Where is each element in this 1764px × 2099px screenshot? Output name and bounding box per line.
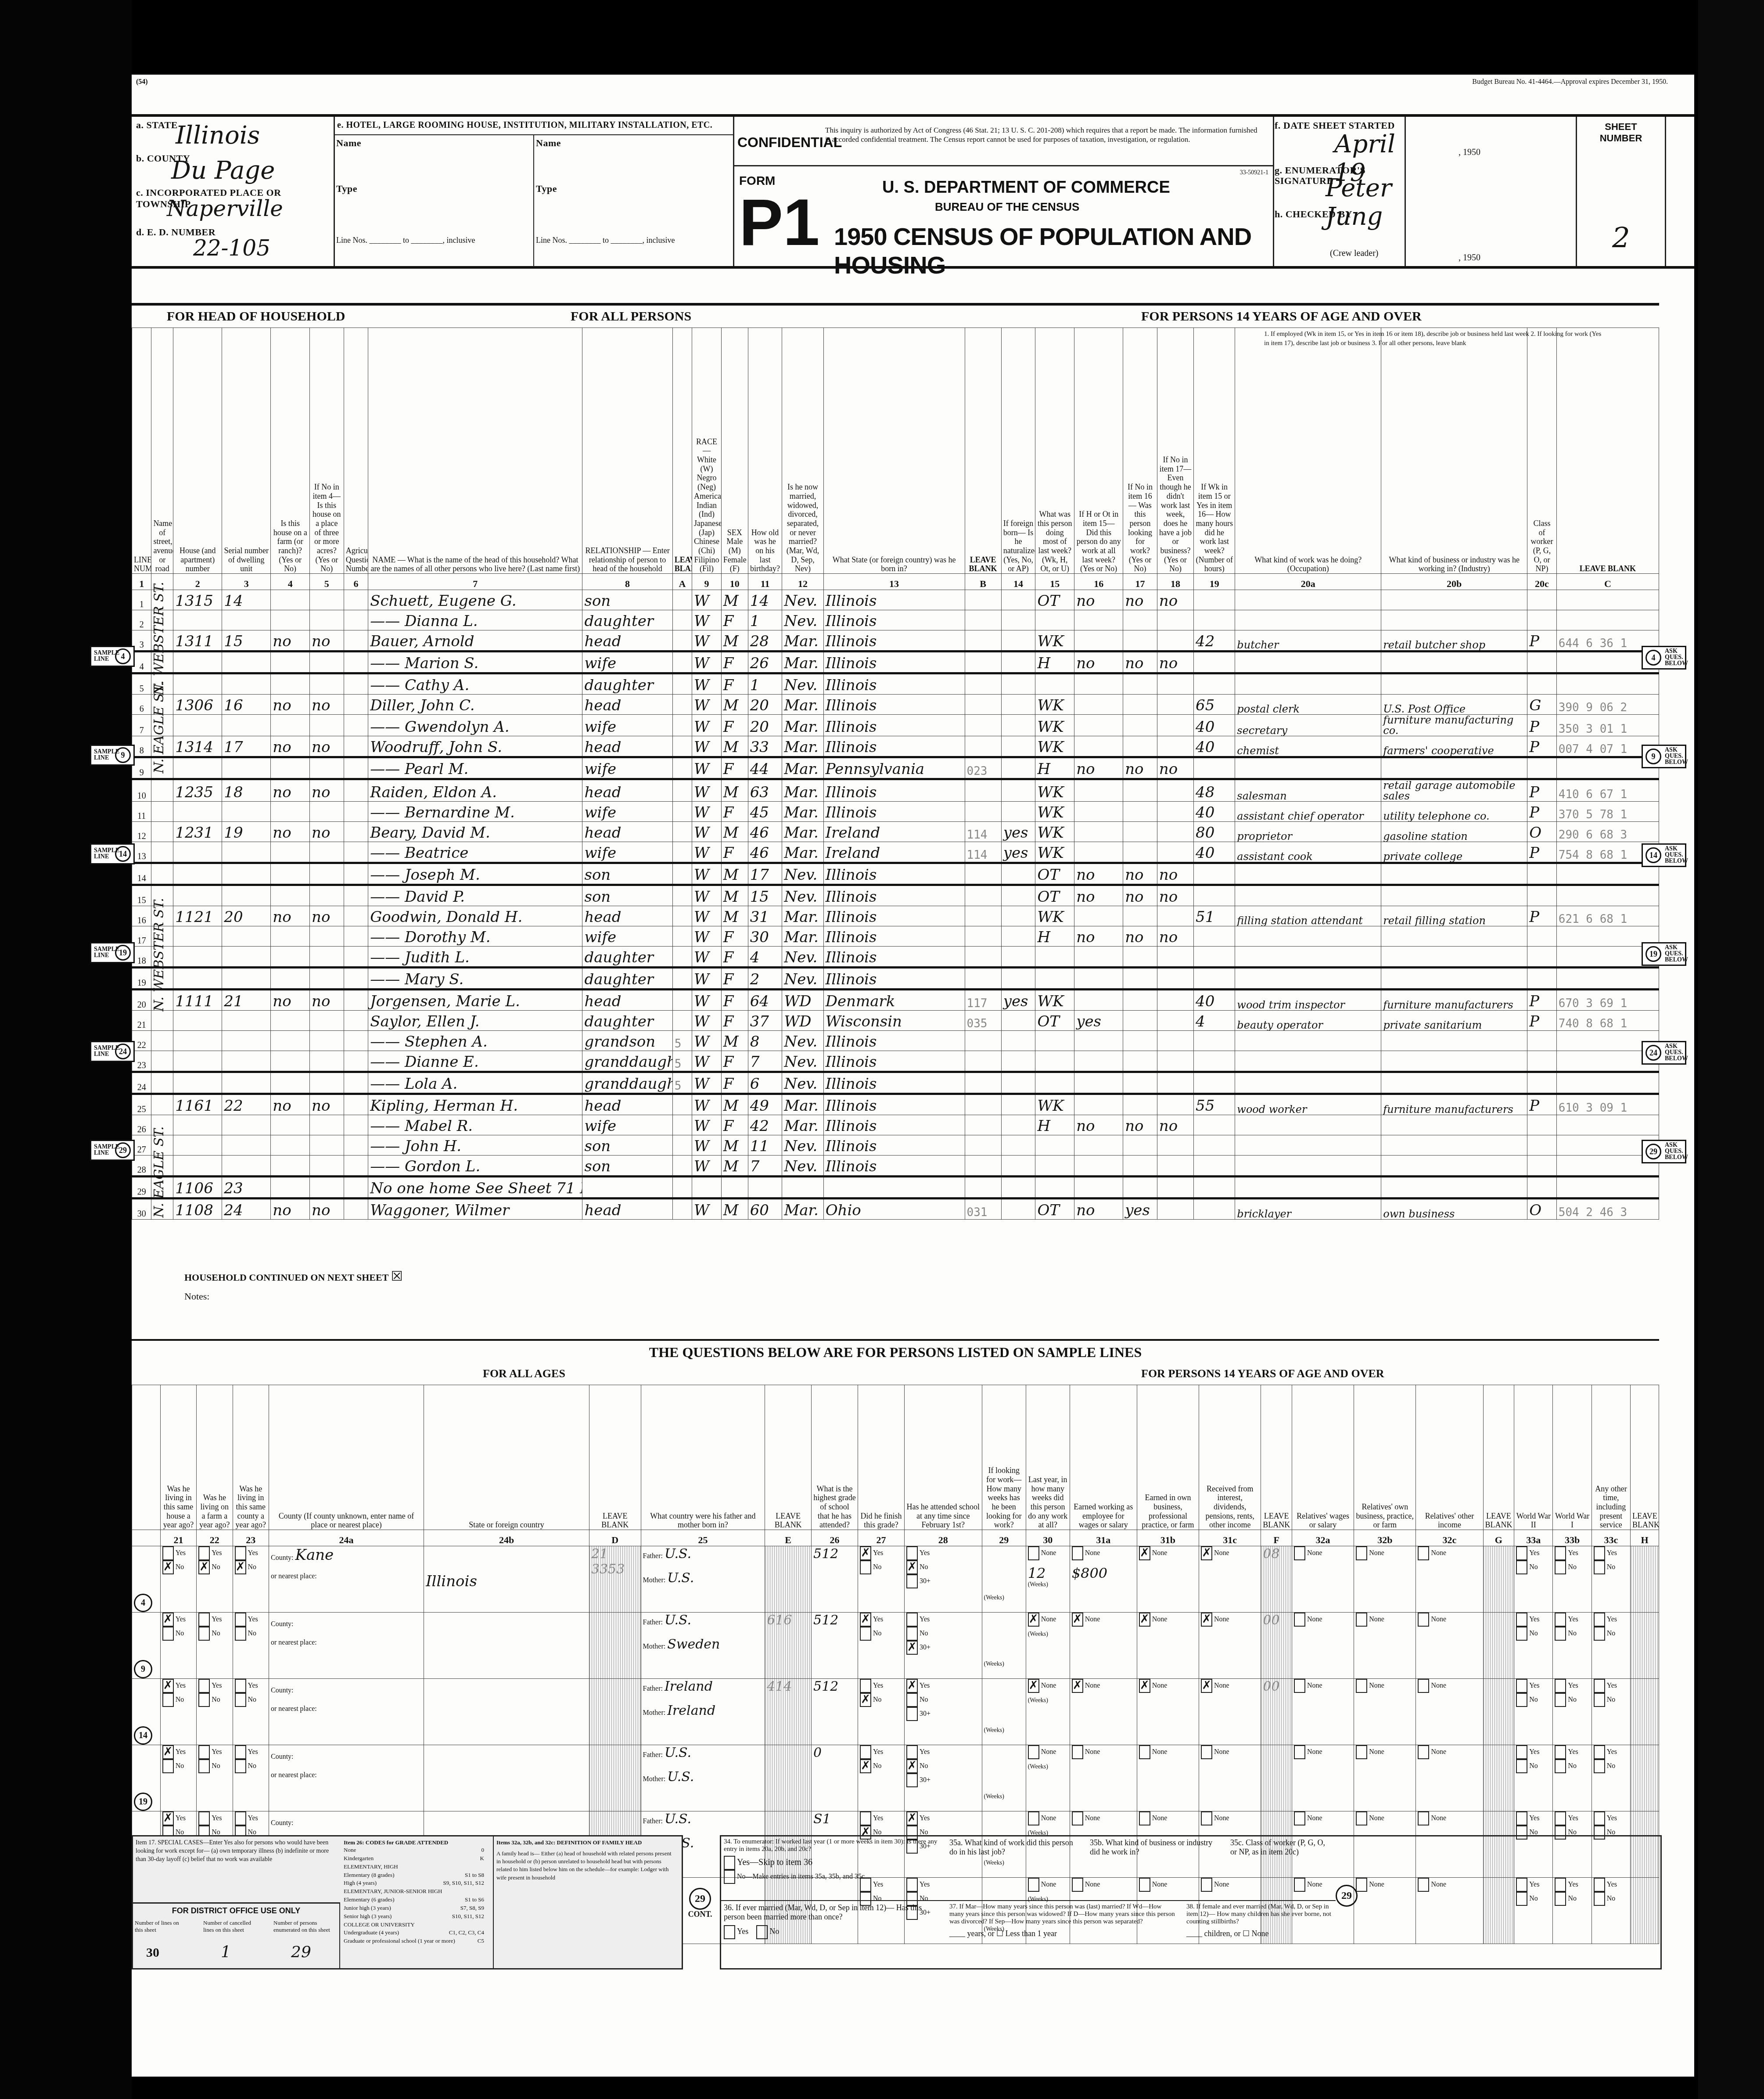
attend-30-checkbox[interactable] bbox=[906, 1574, 918, 1588]
ask-questions-badge: 9ASK QUES. BELOW bbox=[1642, 745, 1686, 768]
confidential-text: This inquiry is authorized by Act of Con… bbox=[825, 126, 1264, 144]
no-checkbox[interactable] bbox=[1594, 1560, 1605, 1574]
cell-look bbox=[1123, 822, 1157, 842]
cell-look bbox=[1123, 1177, 1157, 1199]
none-checkbox[interactable] bbox=[1201, 1811, 1212, 1825]
sample-column-header: Last year, in how many weeks did this pe… bbox=[1026, 1385, 1070, 1530]
cell-serial bbox=[222, 1135, 271, 1156]
no-checkbox[interactable] bbox=[198, 1759, 210, 1773]
cell-agri bbox=[344, 1011, 368, 1031]
attend-yes-checkbox[interactable] bbox=[906, 1613, 918, 1627]
yes-checkbox[interactable] bbox=[1516, 1546, 1527, 1560]
none-checkbox[interactable] bbox=[1356, 1811, 1367, 1825]
cell-job: no bbox=[1157, 1115, 1193, 1135]
yes-checkbox[interactable] bbox=[860, 1811, 871, 1825]
sample-cell-c32a: None bbox=[1292, 1613, 1354, 1679]
q37-input[interactable]: ____ years, or ☐ Less than 1 year bbox=[949, 1929, 1178, 1938]
attend-yes-checkbox[interactable] bbox=[906, 1745, 918, 1759]
household-continued-checkbox[interactable]: ☒ bbox=[391, 1269, 402, 1284]
cell-line: 11 bbox=[132, 802, 151, 822]
grade-code-row: High (4 years)S9, S10, S11, S12 bbox=[344, 1879, 484, 1887]
none-checkbox[interactable] bbox=[1294, 1546, 1305, 1560]
cell-look bbox=[1123, 906, 1157, 926]
cell-rel: daughter bbox=[582, 947, 672, 968]
none-checkbox[interactable] bbox=[1139, 1811, 1150, 1825]
no-checkbox[interactable] bbox=[1516, 1693, 1527, 1707]
none-checkbox[interactable]: ✗ bbox=[1201, 1679, 1212, 1693]
q36-text: 36. If ever married (Mar, Wd, D, or Sep … bbox=[724, 1903, 943, 1922]
cell-hours: 48 bbox=[1194, 779, 1235, 802]
yes-checkbox[interactable] bbox=[1516, 1745, 1527, 1759]
sample-line-header bbox=[132, 1385, 161, 1530]
none-checkbox[interactable] bbox=[1201, 1745, 1212, 1759]
no-checkbox[interactable] bbox=[198, 1693, 210, 1707]
column-number: 33b bbox=[1553, 1530, 1592, 1546]
grade-code-row: ELEMENTARY, HIGH bbox=[344, 1863, 484, 1871]
cell-A bbox=[672, 590, 692, 610]
yes-checkbox[interactable] bbox=[1516, 1679, 1527, 1693]
cell-A bbox=[672, 610, 692, 630]
no-checkbox[interactable] bbox=[235, 1693, 246, 1707]
cell-occ bbox=[1235, 947, 1381, 968]
cell-house bbox=[173, 885, 222, 906]
none-checkbox[interactable]: ✗ bbox=[1072, 1613, 1083, 1627]
yes-checkbox[interactable]: ✗ bbox=[860, 1546, 871, 1560]
no-checkbox[interactable] bbox=[1594, 1759, 1605, 1773]
yes-checkbox[interactable] bbox=[860, 1679, 871, 1693]
cell-born: Illinois bbox=[823, 1072, 965, 1094]
attend-no-checkbox[interactable]: ✗ bbox=[906, 1560, 918, 1574]
cell-mar: Mar. bbox=[782, 906, 823, 926]
none-checkbox[interactable]: ✗ bbox=[1072, 1679, 1083, 1693]
q36-no-checkbox[interactable] bbox=[756, 1925, 768, 1939]
cell-rel: daughter bbox=[582, 968, 672, 990]
cell-age: 44 bbox=[748, 757, 782, 779]
none-checkbox[interactable] bbox=[1028, 1811, 1039, 1825]
cell-ind: furniture manufacturers bbox=[1381, 990, 1527, 1011]
cell-farm: no bbox=[271, 736, 310, 757]
cell-mar: Mar. bbox=[782, 695, 823, 715]
sample-line-number: 24 bbox=[115, 1044, 131, 1059]
column-number: 9 bbox=[692, 574, 722, 590]
sample-line-label: SAMPLE LINE bbox=[94, 650, 111, 662]
grade-code-label: Graduate or professional school (1 year … bbox=[344, 1937, 455, 1945]
cell-A bbox=[672, 1094, 692, 1115]
sample-cell-c32c: None bbox=[1416, 1613, 1483, 1679]
none-checkbox[interactable] bbox=[1294, 1745, 1305, 1759]
cell-agri bbox=[344, 1031, 368, 1051]
cell-agri bbox=[344, 1115, 368, 1135]
no-checkbox[interactable]: ✗ bbox=[860, 1759, 871, 1773]
q34-yes-checkbox[interactable] bbox=[724, 1856, 735, 1870]
cell-ind bbox=[1381, 757, 1527, 779]
notes-label: Notes: bbox=[184, 1291, 209, 1302]
yes-checkbox[interactable] bbox=[1555, 1679, 1566, 1693]
none-checkbox[interactable]: ✗ bbox=[1201, 1613, 1212, 1627]
yes-checkbox[interactable] bbox=[1594, 1679, 1605, 1693]
cell-act: WK bbox=[1035, 1094, 1074, 1115]
sample-column-header: Was he living in this same county a year… bbox=[233, 1385, 269, 1530]
cell-agri bbox=[344, 590, 368, 610]
yes-checkbox[interactable] bbox=[1594, 1613, 1605, 1627]
no-checkbox[interactable] bbox=[235, 1627, 246, 1641]
cell-acres bbox=[310, 802, 344, 822]
attend-yes-checkbox[interactable] bbox=[906, 1546, 918, 1560]
no-checkbox[interactable] bbox=[198, 1627, 210, 1641]
cell-mar: Mar. bbox=[782, 715, 823, 736]
none-checkbox[interactable]: ✗ bbox=[1139, 1679, 1150, 1693]
no-checkbox[interactable] bbox=[1555, 1693, 1566, 1707]
column-number: 8 bbox=[582, 574, 672, 590]
cell-age: 20 bbox=[748, 715, 782, 736]
attend-30-checkbox[interactable] bbox=[906, 1773, 918, 1787]
sheet-number-value: 2 bbox=[1612, 222, 1630, 255]
none-checkbox[interactable] bbox=[1356, 1546, 1367, 1560]
cell-name: —— Gwendolyn A. bbox=[368, 715, 582, 736]
cell-sex: F bbox=[721, 715, 748, 736]
none-checkbox[interactable] bbox=[1028, 1745, 1039, 1759]
no-checkbox[interactable] bbox=[162, 1759, 174, 1773]
table-row: 27—— John H.sonWM11Nev.Illinois bbox=[132, 1135, 1659, 1156]
street-name-label: N. EAGLE ST. bbox=[149, 1162, 169, 1182]
none-checkbox[interactable]: ✗ bbox=[1201, 1546, 1212, 1560]
yes-checkbox[interactable] bbox=[1594, 1811, 1605, 1825]
cell-C: 610 3 09 1 bbox=[1556, 1094, 1659, 1115]
year-suffix-2: , 1950 bbox=[1459, 253, 1480, 263]
cell-race: W bbox=[692, 652, 722, 673]
grade-code-value: C5 bbox=[478, 1937, 484, 1945]
none-checkbox[interactable] bbox=[1072, 1546, 1083, 1560]
cell-farm bbox=[271, 1031, 310, 1051]
yes-checkbox[interactable] bbox=[1594, 1546, 1605, 1560]
cell-acres: no bbox=[310, 1094, 344, 1115]
cell-mar: Nev. bbox=[782, 1031, 823, 1051]
cell-rel: son bbox=[582, 1156, 672, 1177]
sample-cell-c33a: YesNo bbox=[1514, 1745, 1553, 1811]
no-checkbox[interactable] bbox=[1555, 1560, 1566, 1574]
none-checkbox[interactable]: ✗ bbox=[1139, 1613, 1150, 1627]
none-checkbox[interactable] bbox=[1072, 1811, 1083, 1825]
cell-look bbox=[1123, 630, 1157, 652]
cell-occ bbox=[1235, 968, 1381, 990]
cell-hours: 40 bbox=[1194, 715, 1235, 736]
attend-30-checkbox[interactable] bbox=[906, 1707, 918, 1721]
yes-checkbox[interactable] bbox=[198, 1679, 210, 1693]
no-checkbox[interactable]: ✗ bbox=[162, 1560, 174, 1574]
cell-hours bbox=[1194, 1135, 1235, 1156]
yes-checkbox[interactable]: ✗ bbox=[162, 1811, 174, 1825]
sample-column-header: State or foreign country bbox=[424, 1385, 589, 1530]
sample-line-number: 29 bbox=[1645, 1144, 1661, 1159]
cell-B: 117 bbox=[965, 990, 1001, 1011]
cell-name: Waggoner, Wilmer bbox=[368, 1199, 582, 1220]
yes-checkbox[interactable]: ✗ bbox=[162, 1613, 174, 1627]
cell-farm bbox=[271, 947, 310, 968]
no-checkbox[interactable] bbox=[1516, 1627, 1527, 1641]
yes-checkbox[interactable] bbox=[198, 1745, 210, 1759]
sample-cell-H bbox=[1631, 1745, 1659, 1811]
cell-C bbox=[1556, 1177, 1659, 1199]
cell-ind bbox=[1381, 947, 1527, 968]
cell-work bbox=[1074, 1072, 1123, 1094]
cell-house bbox=[173, 757, 222, 779]
cell-hours bbox=[1194, 863, 1235, 885]
none-checkbox[interactable] bbox=[1028, 1546, 1039, 1560]
cell-agri bbox=[344, 652, 368, 673]
none-checkbox[interactable] bbox=[1139, 1745, 1150, 1759]
none-checkbox[interactable]: ✗ bbox=[1139, 1546, 1150, 1560]
cell-work bbox=[1074, 842, 1123, 863]
yes-checkbox[interactable]: ✗ bbox=[162, 1679, 174, 1693]
cell-mar: Nev. bbox=[782, 1135, 823, 1156]
yes-checkbox[interactable] bbox=[235, 1546, 246, 1560]
cell-line: 1 bbox=[132, 590, 151, 610]
q34-no-checkbox[interactable] bbox=[724, 1870, 735, 1884]
none-checkbox[interactable] bbox=[1356, 1745, 1367, 1759]
column-header: If No in item 4— Is this house on a plac… bbox=[310, 328, 344, 574]
no-checkbox[interactable] bbox=[1516, 1560, 1527, 1574]
no-checkbox[interactable] bbox=[860, 1560, 871, 1574]
cell-sex: M bbox=[721, 822, 748, 842]
grade-code-value: S1 to S6 bbox=[465, 1896, 484, 1904]
none-checkbox[interactable] bbox=[1294, 1811, 1305, 1825]
attend-no-checkbox[interactable] bbox=[906, 1627, 918, 1641]
column-number: 32c bbox=[1416, 1530, 1483, 1546]
cell-race: W bbox=[692, 695, 722, 715]
cell-work: no bbox=[1074, 590, 1123, 610]
cell-name: —— Lola A. bbox=[368, 1072, 582, 1094]
attend-yes-checkbox[interactable]: ✗ bbox=[906, 1679, 918, 1693]
cell-serial: 23 bbox=[222, 1177, 271, 1199]
cell-agri bbox=[344, 736, 368, 757]
sample-line-number: 19 bbox=[1645, 946, 1661, 962]
no-checkbox[interactable] bbox=[1555, 1627, 1566, 1641]
hotel-label: e. HOTEL, LARGE ROOMING HOUSE, INSTITUTI… bbox=[337, 120, 712, 130]
column-number: A bbox=[672, 574, 692, 590]
cell-occ bbox=[1235, 757, 1381, 779]
none-checkbox[interactable] bbox=[1418, 1679, 1429, 1693]
yes-checkbox[interactable] bbox=[198, 1613, 210, 1627]
yes-checkbox[interactable]: ✗ bbox=[860, 1613, 871, 1627]
cell-house bbox=[173, 1072, 222, 1094]
cell-ind bbox=[1381, 863, 1527, 885]
yes-checkbox[interactable] bbox=[1555, 1613, 1566, 1627]
grade-code-row: Junior high (3 years)S7, S8, S9 bbox=[344, 1904, 484, 1912]
cell-nat bbox=[1001, 863, 1035, 885]
grade-code-label: Senior high (3 years) bbox=[344, 1912, 392, 1921]
cell-ind bbox=[1381, 885, 1527, 906]
cell-job: no bbox=[1157, 885, 1193, 906]
attend-yes-checkbox[interactable]: ✗ bbox=[906, 1811, 918, 1825]
no-checkbox[interactable] bbox=[162, 1693, 174, 1707]
yes-checkbox[interactable] bbox=[1516, 1613, 1527, 1627]
state-value: Illinois bbox=[176, 121, 260, 150]
cell-B bbox=[965, 630, 1001, 652]
date-label: f. DATE SHEET STARTED bbox=[1275, 120, 1395, 131]
sample-section-title: THE QUESTIONS BELOW ARE FOR PERSONS LIST… bbox=[132, 1344, 1659, 1361]
cell-acres: no bbox=[310, 695, 344, 715]
table-row: 3N. WEBSTER ST.131115nonoBauer, Arnoldhe… bbox=[132, 630, 1659, 652]
cell-born: Illinois bbox=[823, 947, 965, 968]
cell-serial bbox=[222, 715, 271, 736]
cell-house bbox=[173, 715, 222, 736]
cell-look: no bbox=[1123, 926, 1157, 947]
no-checkbox[interactable] bbox=[1516, 1759, 1527, 1773]
attend-no-checkbox[interactable] bbox=[906, 1693, 918, 1707]
none-checkbox[interactable] bbox=[1418, 1745, 1429, 1759]
yes-checkbox[interactable] bbox=[198, 1546, 210, 1560]
cell-look bbox=[1123, 1031, 1157, 1051]
table-row: 13—— BeatricewifeWF46Mar.Ireland114yesWK… bbox=[132, 842, 1659, 863]
no-checkbox[interactable]: ✗ bbox=[860, 1693, 871, 1707]
sample-cell-c31a: None$800 bbox=[1070, 1546, 1137, 1613]
yes-checkbox[interactable] bbox=[235, 1745, 246, 1759]
population-table: LINE NUMBERName of street, avenue, or ro… bbox=[132, 328, 1659, 1220]
cell-agri bbox=[344, 968, 368, 990]
column-number: 31b bbox=[1137, 1530, 1199, 1546]
no-checkbox[interactable] bbox=[1594, 1627, 1605, 1641]
sample-cell-c31b: None bbox=[1137, 1745, 1199, 1811]
no-checkbox[interactable]: ✗ bbox=[235, 1560, 246, 1574]
cell-house: 1314 bbox=[173, 736, 222, 757]
none-checkbox[interactable]: ✗ bbox=[1028, 1613, 1039, 1627]
cell-acres bbox=[310, 1031, 344, 1051]
sample-line-number: 14 bbox=[1645, 847, 1661, 863]
yes-checkbox[interactable]: ✗ bbox=[162, 1745, 174, 1759]
cell-age: 11 bbox=[748, 1135, 782, 1156]
sample-line-number: 4 bbox=[1645, 650, 1661, 666]
cell-ind bbox=[1381, 1051, 1527, 1072]
attend-30-checkbox[interactable]: ✗ bbox=[906, 1641, 918, 1655]
sample-cell-c33c: YesNo bbox=[1592, 1546, 1630, 1613]
none-checkbox[interactable] bbox=[1356, 1613, 1367, 1627]
cell-occ bbox=[1235, 1156, 1381, 1177]
cell-rel bbox=[582, 1177, 672, 1199]
q36-yes-checkbox[interactable] bbox=[724, 1925, 735, 1939]
cell-farm bbox=[271, 1115, 310, 1135]
line-nos-label-2: Line Nos. ________ to ________, inclusiv… bbox=[536, 236, 675, 245]
cell-serial: 21 bbox=[222, 990, 271, 1011]
cell-rel: wife bbox=[582, 652, 672, 673]
cell-job: no bbox=[1157, 926, 1193, 947]
cell-work: no bbox=[1074, 652, 1123, 673]
no-checkbox[interactable] bbox=[162, 1627, 174, 1641]
attend-no-checkbox[interactable]: ✗ bbox=[906, 1759, 918, 1773]
yes-checkbox[interactable] bbox=[1516, 1811, 1527, 1825]
column-number: 14 bbox=[1001, 574, 1035, 590]
none-checkbox[interactable] bbox=[1294, 1613, 1305, 1627]
cell-farm bbox=[271, 673, 310, 695]
no-checkbox[interactable] bbox=[1555, 1759, 1566, 1773]
cell-name: —— Dianna L. bbox=[368, 610, 582, 630]
sample-cell-c33b: YesNo bbox=[1553, 1679, 1592, 1745]
table-row: 6N. EAGLE ST.130616nonoDiller, John C.he… bbox=[132, 695, 1659, 715]
cell-look: no bbox=[1123, 652, 1157, 673]
cell-hours bbox=[1194, 1051, 1235, 1072]
no-checkbox[interactable] bbox=[860, 1627, 871, 1641]
none-checkbox[interactable] bbox=[1356, 1679, 1367, 1693]
sample-column-header: Did he finish this grade? bbox=[858, 1385, 905, 1530]
cell-B: 031 bbox=[965, 1199, 1001, 1220]
cell-rel: head bbox=[582, 990, 672, 1011]
sample-cell-state: Illinois bbox=[424, 1546, 589, 1613]
no-checkbox[interactable] bbox=[235, 1759, 246, 1773]
cell-work bbox=[1074, 802, 1123, 822]
yes-checkbox[interactable] bbox=[860, 1745, 871, 1759]
cell-name: —— Cathy A. bbox=[368, 673, 582, 695]
none-checkbox[interactable] bbox=[1072, 1745, 1083, 1759]
sample-cell-c23: YesNo bbox=[233, 1745, 269, 1811]
yes-checkbox[interactable] bbox=[162, 1546, 174, 1560]
institution-type-label-1: Type bbox=[336, 184, 357, 194]
none-checkbox[interactable] bbox=[1418, 1613, 1429, 1627]
none-checkbox[interactable] bbox=[1418, 1546, 1429, 1560]
no-checkbox[interactable]: ✗ bbox=[198, 1560, 210, 1574]
yes-checkbox[interactable] bbox=[1555, 1811, 1566, 1825]
cell-C bbox=[1556, 610, 1659, 630]
cell-born: Denmark bbox=[823, 990, 965, 1011]
cell-job bbox=[1157, 990, 1193, 1011]
yes-checkbox[interactable] bbox=[235, 1811, 246, 1825]
father-birthplace: U.S. bbox=[665, 1613, 691, 1628]
yes-checkbox[interactable] bbox=[235, 1679, 246, 1693]
sample-cell-attend: Yes✗No30+ bbox=[905, 1546, 982, 1613]
cell-nat bbox=[1001, 1051, 1035, 1072]
cell-farm bbox=[271, 802, 310, 822]
none-checkbox[interactable] bbox=[1294, 1679, 1305, 1693]
cell-job: no bbox=[1157, 757, 1193, 779]
cell-acres: no bbox=[310, 990, 344, 1011]
ask-questions-label: ASK QUES. BELOW bbox=[1665, 1044, 1682, 1062]
cell-look bbox=[1123, 990, 1157, 1011]
q38-input[interactable]: ____ children, or ☐ None bbox=[1186, 1929, 1331, 1938]
cell-serial bbox=[222, 1031, 271, 1051]
no-checkbox[interactable] bbox=[1594, 1693, 1605, 1707]
county-value: Kane bbox=[295, 1546, 334, 1564]
cell-work: no bbox=[1074, 757, 1123, 779]
cell-A bbox=[672, 885, 692, 906]
cell-serial: 14 bbox=[222, 590, 271, 610]
table-row: 4—— Marion S.wifeWF26Mar.IllinoisHnonono bbox=[132, 652, 1659, 673]
column-number: 11 bbox=[748, 574, 782, 590]
cell-farm bbox=[271, 610, 310, 630]
yes-checkbox[interactable] bbox=[198, 1811, 210, 1825]
cell-ind: private sanitarium bbox=[1381, 1011, 1527, 1031]
grade-code-value: K bbox=[480, 1854, 484, 1863]
yes-checkbox[interactable] bbox=[1555, 1546, 1566, 1560]
yes-checkbox[interactable] bbox=[235, 1613, 246, 1627]
cell-act bbox=[1035, 1072, 1074, 1094]
sample-cell-c23: Yes✗No bbox=[233, 1546, 269, 1613]
cell-occ bbox=[1235, 885, 1381, 906]
cell-acres: no bbox=[310, 906, 344, 926]
cell-hours bbox=[1194, 652, 1235, 673]
yes-checkbox[interactable] bbox=[1594, 1745, 1605, 1759]
cell-line: 17 bbox=[132, 926, 151, 947]
column-number: 28 bbox=[905, 1530, 982, 1546]
sample-column-header: World War II bbox=[1514, 1385, 1553, 1530]
none-checkbox[interactable]: ✗ bbox=[1028, 1679, 1039, 1693]
none-checkbox[interactable] bbox=[1418, 1811, 1429, 1825]
cell-born: Illinois bbox=[823, 673, 965, 695]
cell-sex: F bbox=[721, 757, 748, 779]
cell-sex: M bbox=[721, 1031, 748, 1051]
column-number: 32b bbox=[1354, 1530, 1416, 1546]
yes-checkbox[interactable] bbox=[1555, 1745, 1566, 1759]
cell-agri bbox=[344, 926, 368, 947]
cell-occ bbox=[1235, 1072, 1381, 1094]
cell-C: 390 9 06 2 bbox=[1556, 695, 1659, 715]
